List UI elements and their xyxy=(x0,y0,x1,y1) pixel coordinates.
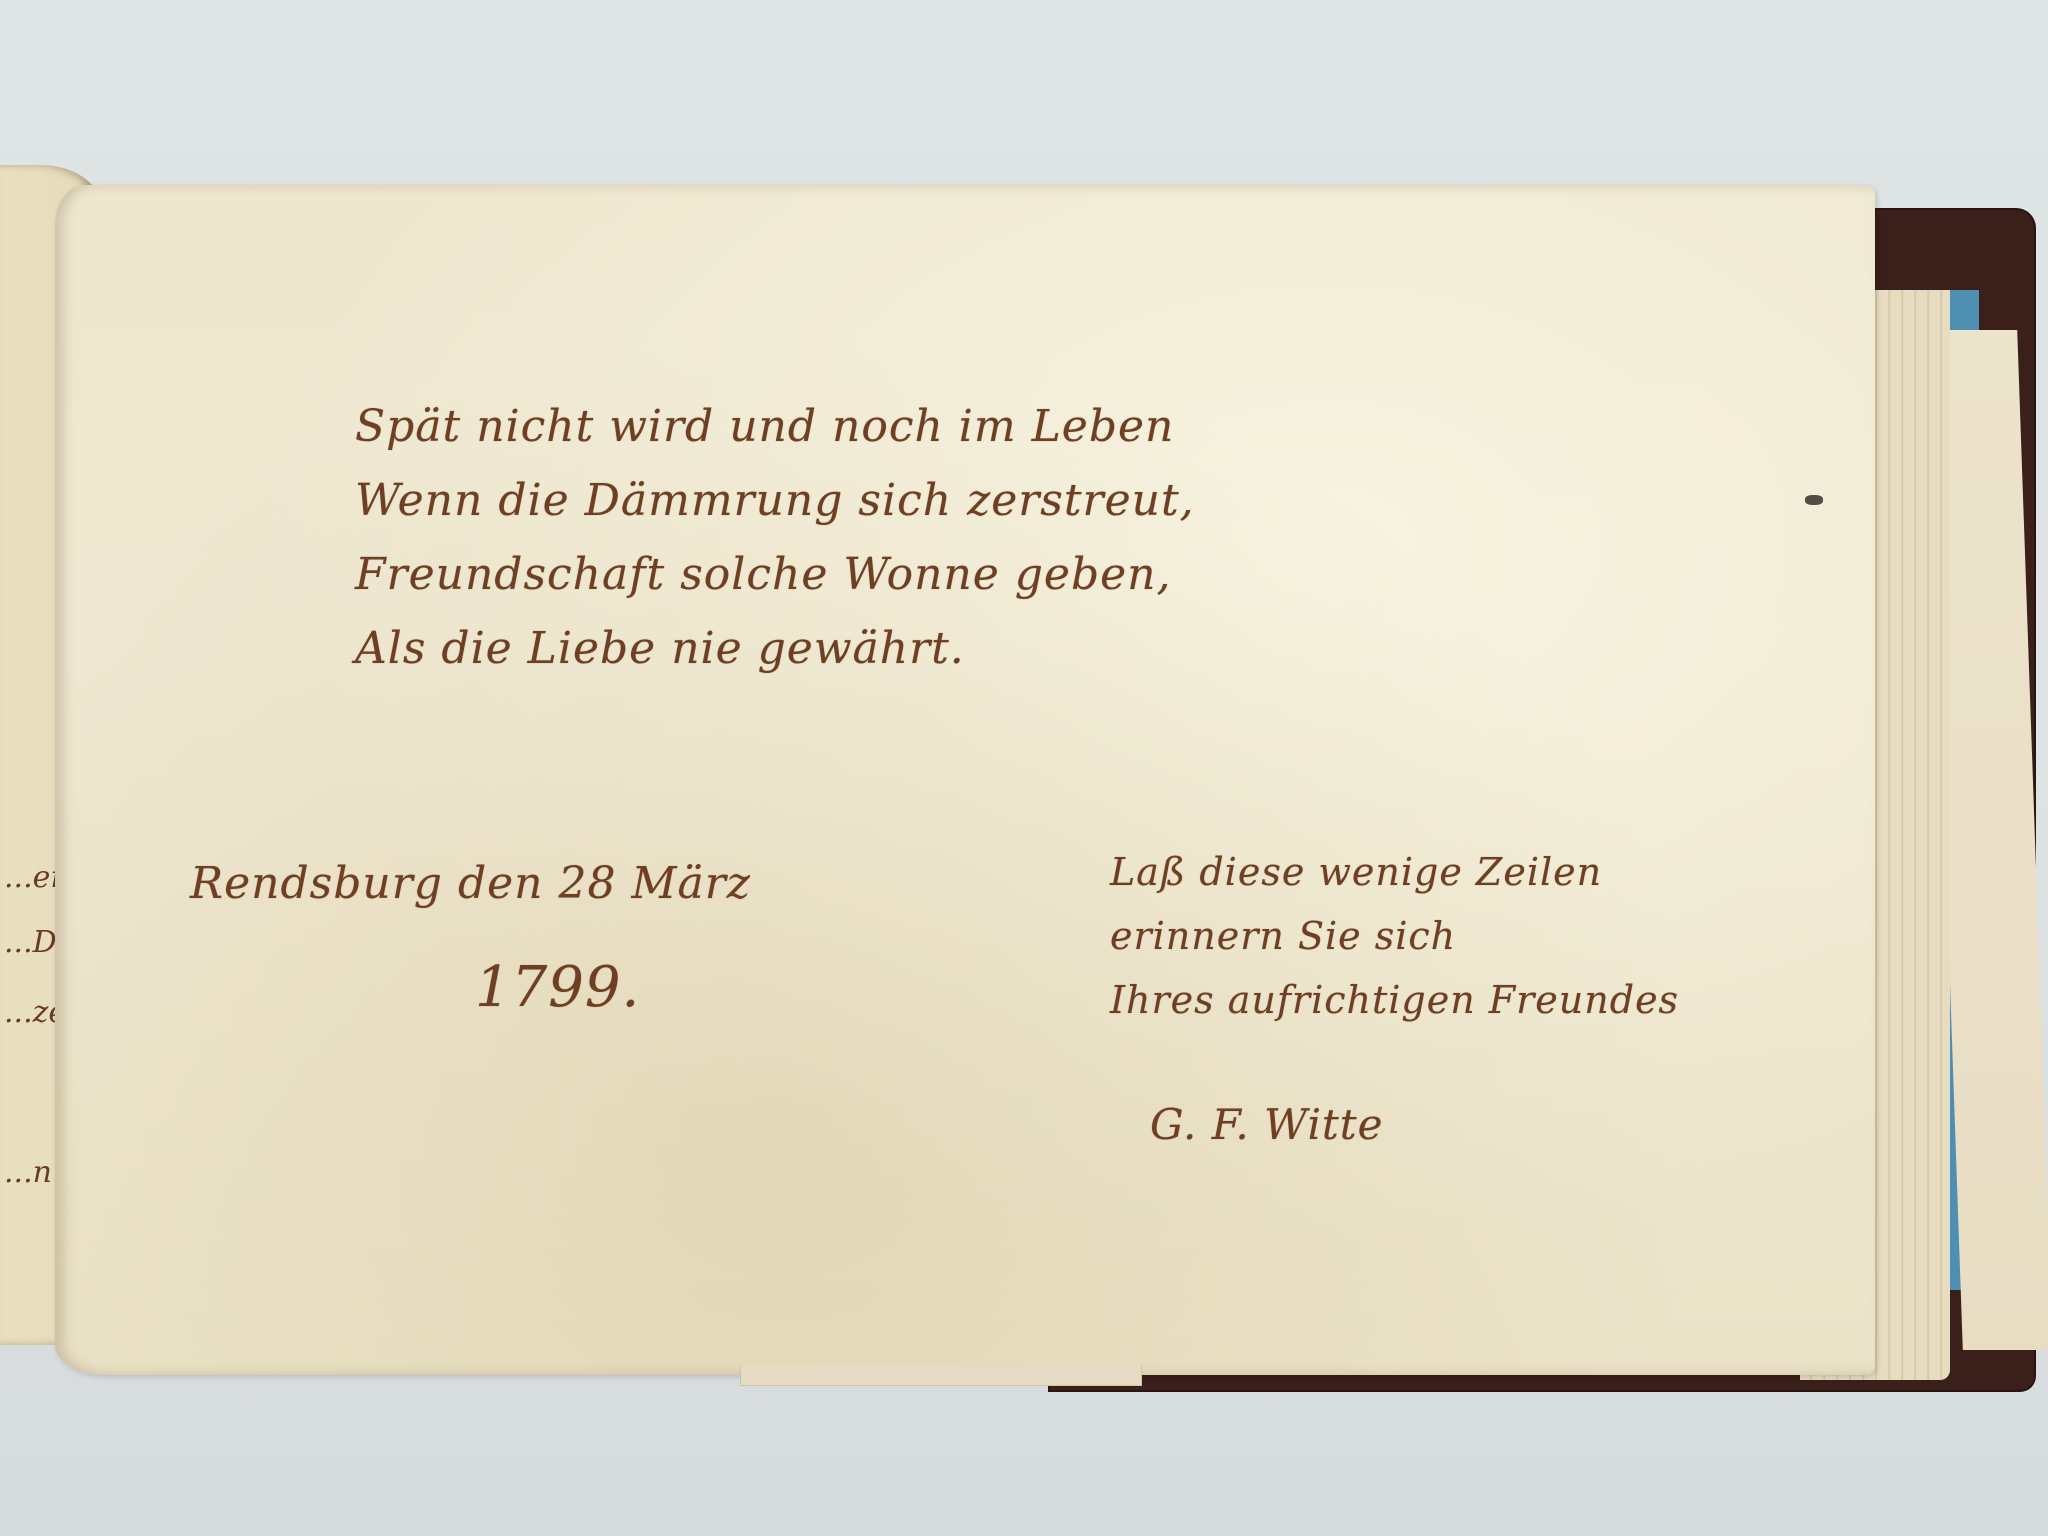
poem-line: Freundschaft solche Wonne geben, xyxy=(355,538,1195,612)
year: 1799. xyxy=(475,955,640,1020)
album-page xyxy=(55,185,1875,1375)
dedication-line: Ihres aufrichtigen Freundes xyxy=(1110,968,1679,1032)
ink-smudge xyxy=(1805,495,1823,505)
page-tab xyxy=(740,1365,1142,1386)
dedication: Laß diese wenige Zeilen erinnern Sie sic… xyxy=(1110,840,1679,1032)
left-page-fragment: ...n xyxy=(4,1155,52,1190)
poem-line: Als die Liebe nie gewährt. xyxy=(355,612,1195,686)
signature: G. F. Witte xyxy=(1150,1100,1384,1149)
poem-verse: Spät nicht wird und noch im Leben Wenn d… xyxy=(355,390,1195,686)
poem-line: Wenn die Dämmrung sich zerstreut, xyxy=(355,464,1195,538)
dedication-line: erinnern Sie sich xyxy=(1110,904,1679,968)
dedication-line: Laß diese wenige Zeilen xyxy=(1110,840,1679,904)
poem-line: Spät nicht wird und noch im Leben xyxy=(355,390,1195,464)
place-date: Rendsburg den 28 März xyxy=(190,858,751,909)
